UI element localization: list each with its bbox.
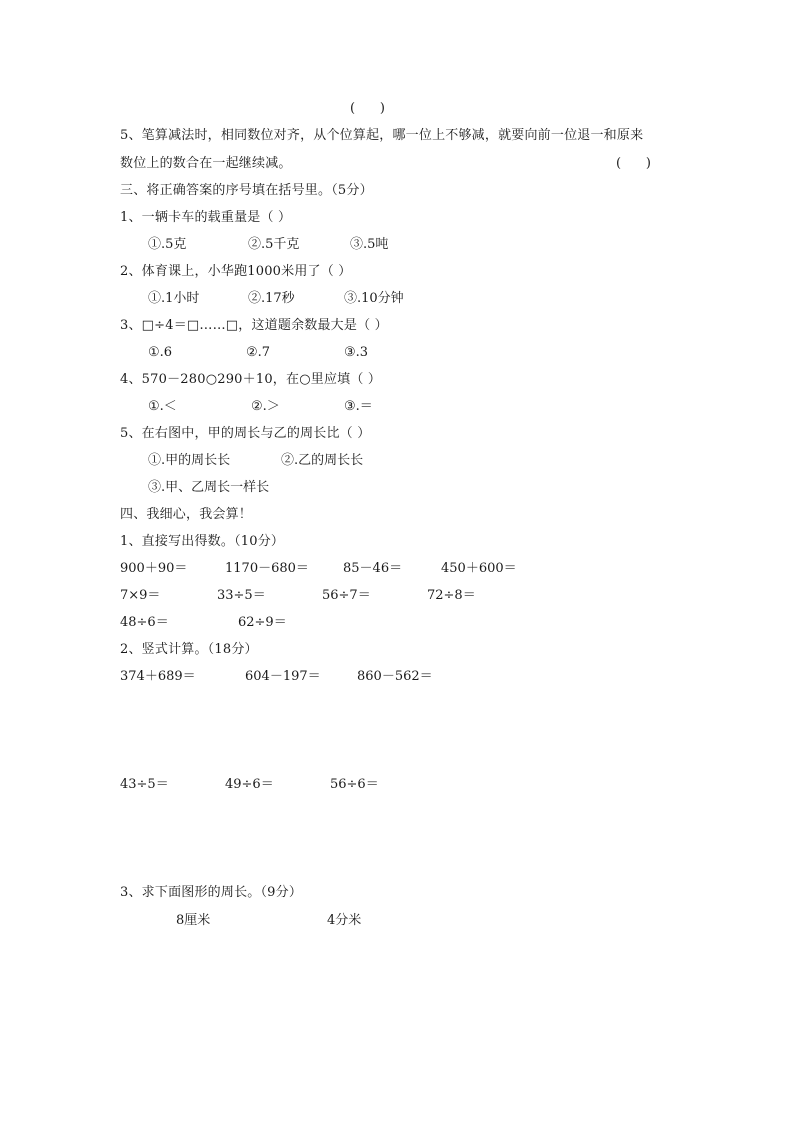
answer-blank-previous[interactable]: ( ) (350, 101, 385, 117)
calc-4-2-r1-c2: 604－197＝ (245, 669, 321, 685)
judgment-item-5-line2: 数位上的数合在一起继续减。 (120, 156, 292, 172)
answer-blank-judgment-5[interactable]: ( ) (616, 156, 651, 172)
judgment-item-5-line1: 5、笔算减法时，相同数位对齐，从个位算起，哪一位上不够减，就要向前一位退一和原来 (120, 128, 643, 144)
calc-4-2-r2-c2: 49÷6＝ (225, 777, 274, 793)
option-3-3-a: ①.6 (148, 345, 172, 361)
option-3-5-c: ③.甲、乙周长一样长 (148, 480, 269, 496)
option-3-2-b: ②.17秒 (248, 291, 295, 307)
option-3-4-a: ①.＜ (148, 399, 177, 415)
question-3-3: 3、□÷4＝□……□，这道题余数最大是（ ） (120, 318, 388, 334)
option-3-1-a: ①.5克 (148, 237, 186, 253)
option-3-5-b: ②.乙的周长长 (281, 453, 363, 469)
part-4-3-title: 3、求下面图形的周长。（9分） (120, 885, 302, 901)
option-3-2-c: ③.10分钟 (344, 291, 404, 307)
option-3-1-b: ②.5千克 (248, 237, 299, 253)
calc-4-2-r1-c3: 860－562＝ (357, 669, 433, 685)
section-3-title: 三、将正确答案的序号填在括号里。（5分） (120, 183, 373, 199)
calc-4-2-r1-c1: 374＋689＝ (120, 669, 196, 685)
part-4-2-title: 2、竖式计算。（18分） (120, 642, 258, 658)
option-3-2-a: ①.1小时 (148, 291, 199, 307)
calc-4-1-r3-c1: 48÷6＝ (120, 615, 169, 631)
figure-label-8cm: 8厘米 (176, 913, 210, 929)
question-3-2: 2、体育课上，小华跑1000米用了（ ） (120, 264, 352, 280)
question-3-1: 1、一辆卡车的载重量是（ ） (120, 210, 291, 226)
calc-4-1-r1-c1: 900＋90＝ (120, 561, 187, 577)
option-3-1-c: ③.5吨 (350, 237, 388, 253)
part-4-1-title: 1、直接写出得数。（10分） (120, 534, 284, 550)
option-3-3-c: ③.3 (344, 345, 368, 361)
option-3-5-a: ①.甲的周长长 (148, 453, 230, 469)
calc-4-1-r1-c2: 1170－680＝ (225, 561, 309, 577)
question-3-4: 4、570－280○290＋10，在○里应填（ ） (120, 372, 381, 388)
calc-4-2-r2-c3: 56÷6＝ (330, 777, 379, 793)
calc-4-1-r2-c4: 72÷8＝ (427, 588, 476, 604)
calc-4-1-r1-c4: 450＋600＝ (441, 561, 517, 577)
question-3-5: 5、在右图中，甲的周长与乙的周长比（ ） (120, 426, 370, 442)
calc-4-1-r3-c2: 62÷9＝ (238, 615, 287, 631)
calc-4-2-r2-c1: 43÷5＝ (120, 777, 169, 793)
calc-4-1-r2-c3: 56÷7＝ (322, 588, 371, 604)
option-3-4-c: ③.＝ (344, 399, 373, 415)
section-4-title: 四、我细心，我会算！ (120, 507, 252, 523)
calc-4-1-r2-c1: 7×9＝ (120, 588, 160, 604)
option-3-4-b: ②.＞ (251, 399, 280, 415)
figure-label-4dm: 4分米 (327, 913, 361, 929)
option-3-3-b: ②.7 (246, 345, 270, 361)
calc-4-1-r1-c3: 85－46＝ (343, 561, 402, 577)
calc-4-1-r2-c2: 33÷5＝ (217, 588, 266, 604)
